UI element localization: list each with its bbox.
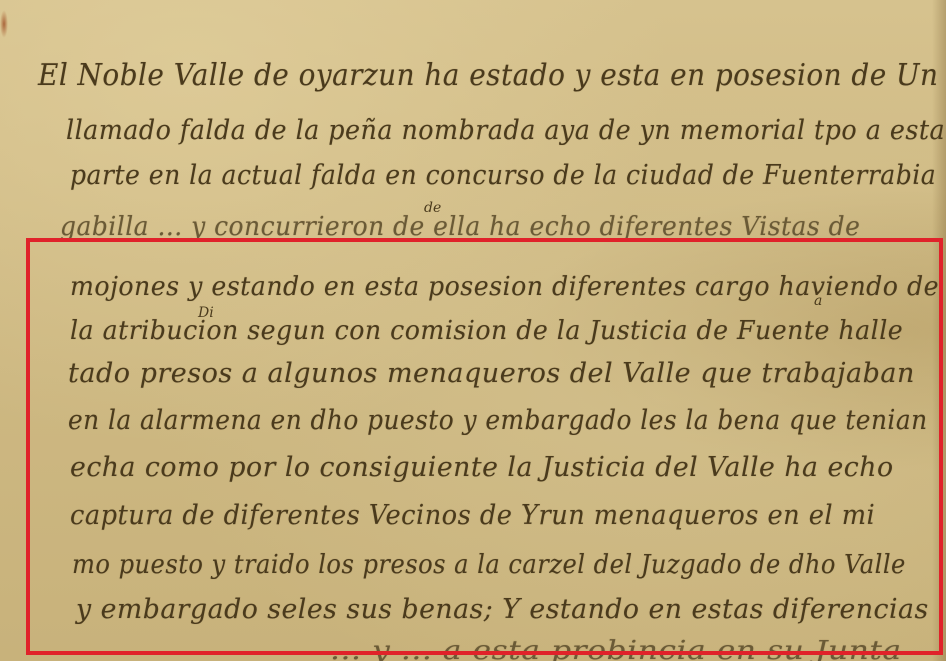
manuscript-line-4: gabilla ... y concurrieron de ella ha ec… xyxy=(60,212,860,242)
manuscript-line-11: mo puesto y traido los presos a la carze… xyxy=(72,550,906,580)
page-edge-shadow xyxy=(932,0,946,661)
manuscript-line-10: captura de diferentes Vecinos de Yrun me… xyxy=(70,500,875,531)
manuscript-line-8: en la alarmena en dho puesto y embargado… xyxy=(68,405,928,436)
manuscript-line-5: mojones y estando en esta posesion difer… xyxy=(70,272,939,302)
manuscript-page: El Noble Valle de oyarzun ha estado y es… xyxy=(0,0,946,661)
manuscript-line-1: El Noble Valle de oyarzun ha estado y es… xyxy=(38,58,946,93)
manuscript-line-7: tado presos a algunos menaqueros del Val… xyxy=(68,358,915,389)
manuscript-line-13: ... y ... a esta probincia en su Junta xyxy=(330,636,902,661)
manuscript-line-3: parte en la actual falda en concurso de … xyxy=(70,160,936,191)
paper-stain xyxy=(0,10,8,38)
manuscript-line-2: llamado falda de la peña nombrada aya de… xyxy=(66,115,945,146)
manuscript-line-9: echa como por lo consiguiente la Justici… xyxy=(70,452,894,483)
manuscript-line-6: la atribucion segun con comision de la J… xyxy=(70,316,903,346)
manuscript-line-12: y embargado seles sus benas; Y estando e… xyxy=(76,594,929,625)
interlinear-mark-a: a xyxy=(814,293,822,309)
